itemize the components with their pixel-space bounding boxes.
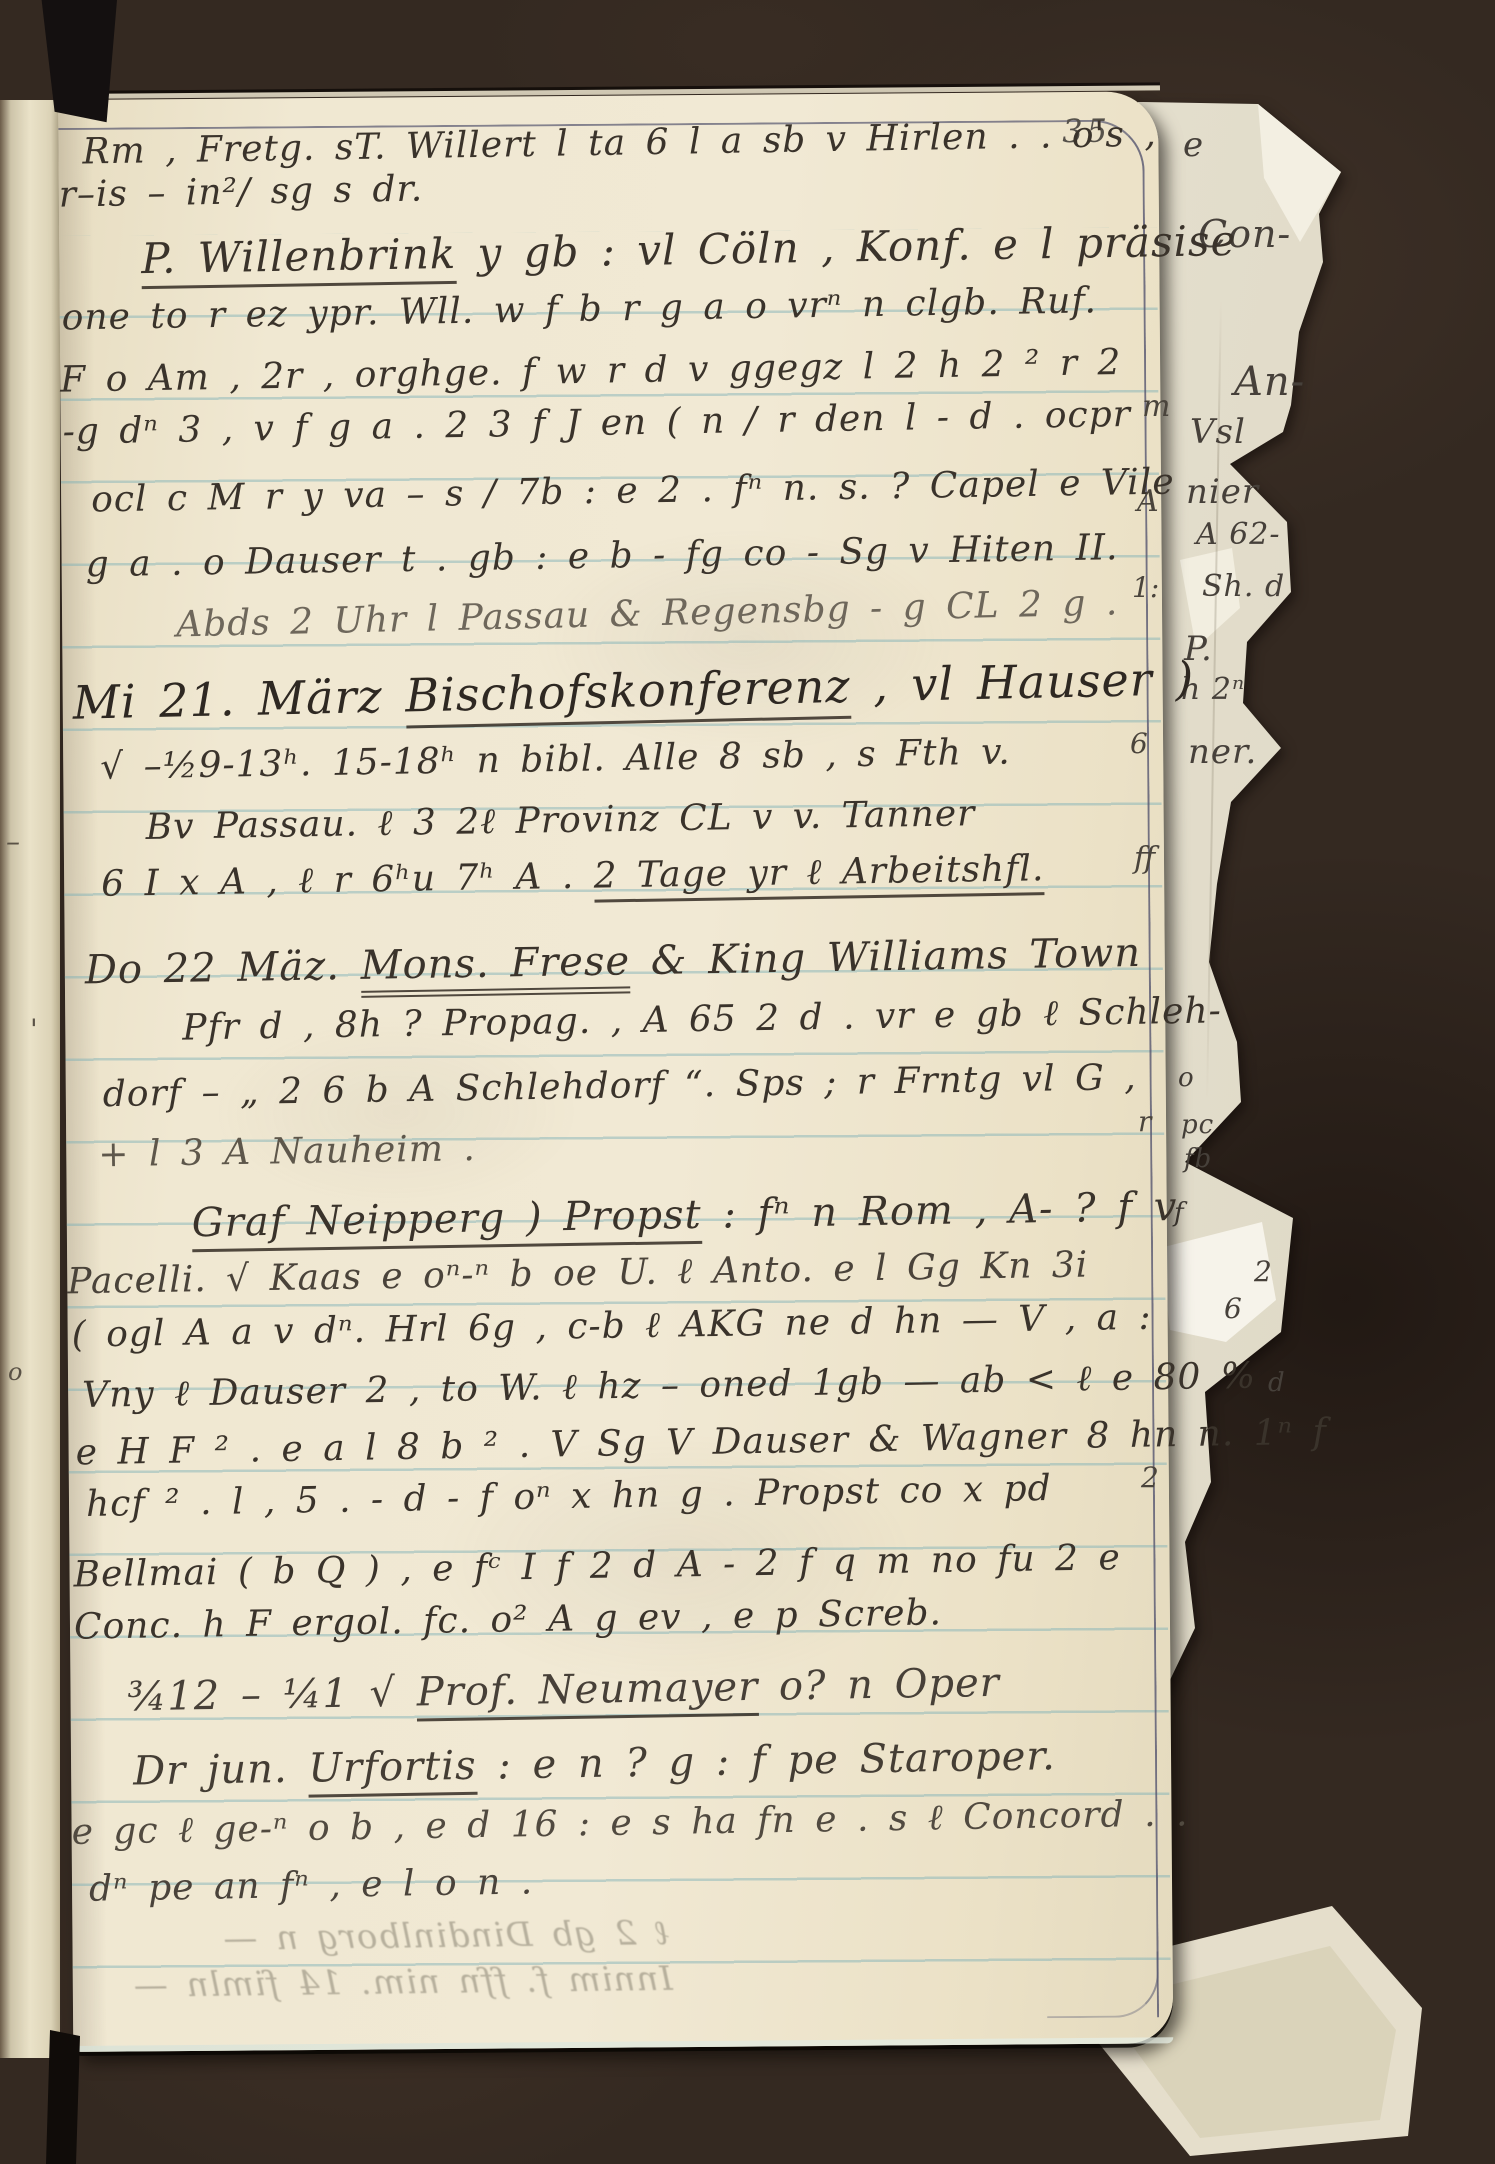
underlined-phrase: Mons. Frese [360,938,630,997]
line-segment: & King Williams Town [630,930,1142,984]
line-segment: , vl Hauser ) [850,651,1195,712]
margin-mark: 6 [1130,730,1148,758]
underlined-phrase: Bischofskonferenz [405,659,852,729]
underlined-phrase: Prof. Neumayer [416,1664,758,1722]
margin-mark: ff [1134,844,1155,874]
torn-fragment-text: pc [1181,1112,1214,1138]
torn-fragment-text: e [1183,128,1204,162]
margin-mark: r [1138,1108,1151,1136]
torn-fragment-text: nier [1186,475,1259,509]
torn-fragment-text: Vsl [1190,415,1246,449]
handwritten-line: r–is – in²/ sg s dr. [58,172,423,214]
torn-fragment-text: fb [1184,1146,1212,1172]
line-segment: Do 22 Mäz. [84,943,361,994]
margin-mark: 2 [1141,1464,1159,1492]
underlined-phrase: Urfortis [308,1743,477,1798]
line-segment: 6 I x A , ℓ r 6ʰu 7ʰ A . [101,856,594,905]
torn-fragment-text: Sh. d [1202,572,1285,602]
line-segment: dⁿ pe an fⁿ , e l o n . [89,1861,534,1909]
torn-fragment-text: 2 [1254,1258,1273,1286]
manuscript-page: 35 Rm , Fretg. sT. Willert l ta 6 l a sb… [58,91,1173,2052]
line-segment: o? n Oper [758,1660,1000,1710]
torn-fragment-text: 6 [1224,1295,1243,1323]
handwritten-line: + l 3 A Nauheim . [98,1131,476,1173]
torn-fragment-text: An- [1234,362,1305,402]
margin-mark: m [1142,392,1170,422]
left-edge-mark: ' [30,1016,38,1044]
line-segment: r–is – in²/ sg s dr. [58,169,423,216]
underlined-phrase: P. Willenbrink [141,229,457,289]
line-segment: ¾12 – ¼1 √ [127,1670,417,1721]
bleed-through-line: Innim f. ffn nim. 14 fimln — [133,1962,673,2003]
torn-fragment-text: ner. [1188,735,1257,769]
underlined-phrase: 2 Tage yr ℓ Arbeitshfl. [593,848,1044,902]
line-segment: Dr jun. [133,1746,309,1795]
line-segment: : e n ? g : f pe Staroper. [476,1733,1056,1789]
scanned-notebook-photo: 35 Rm , Fretg. sT. Willert l ta 6 l a sb… [0,0,1495,2164]
underlined-phrase: Graf Neipperg ) Propst [191,1192,702,1252]
handwritten-line: dⁿ pe an fⁿ , e l o n . [89,1864,534,1907]
line-segment: Mi 21. März [72,668,406,729]
torn-fragment-text: A 62- [1196,520,1281,550]
torn-fragment-text: o [1178,1065,1195,1091]
line-segment: + l 3 A Nauheim . [98,1128,476,1175]
left-edge-mark: – [6,828,20,856]
line-segment: : fⁿ n Rom , A- ? f v [701,1184,1177,1238]
torn-fragment-text: d [1268,1370,1286,1396]
margin-mark: 1: [1132,574,1159,602]
left-edge-mark: o [8,1360,22,1384]
bleed-through-line: ℓ 2 gb Dindinlborg n — [222,1916,669,1956]
margin-mark: A [1137,487,1159,517]
